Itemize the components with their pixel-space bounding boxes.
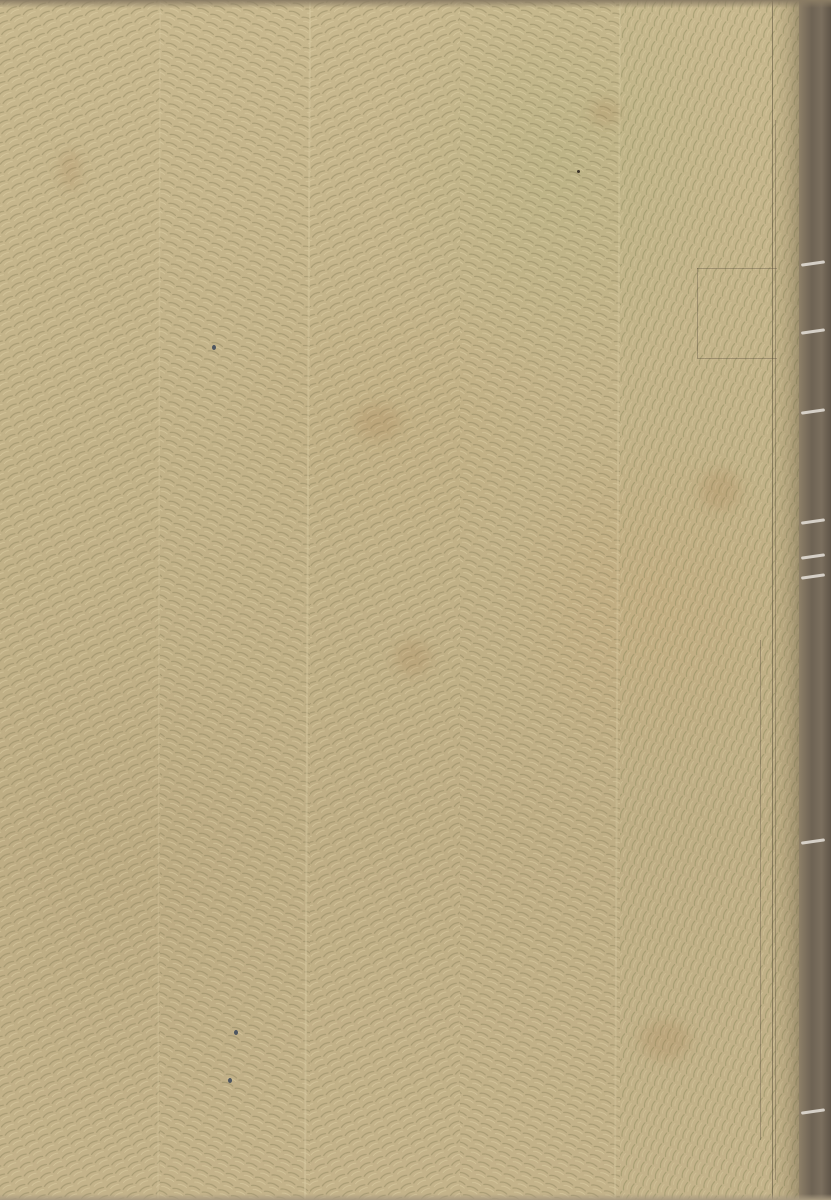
ink-speck xyxy=(234,1030,238,1035)
stain xyxy=(700,470,740,510)
ink-speck xyxy=(228,1078,232,1083)
bottom-edge-wear xyxy=(0,1194,831,1200)
stain xyxy=(590,100,620,125)
frayed-cloth xyxy=(801,518,825,524)
book-cover xyxy=(0,0,831,1200)
stain xyxy=(640,1020,690,1060)
feather-texture-pattern xyxy=(0,0,800,1200)
cover-turn-in xyxy=(772,0,799,1200)
pencil-line xyxy=(697,268,777,269)
frayed-cloth xyxy=(801,260,825,266)
stain xyxy=(60,150,80,190)
pencil-line xyxy=(697,268,698,358)
frayed-cloth xyxy=(801,838,825,844)
pencil-line xyxy=(697,358,777,359)
frayed-cloth xyxy=(801,553,825,559)
stain xyxy=(355,405,400,440)
frayed-cloth xyxy=(801,1108,825,1114)
ink-speck xyxy=(212,345,216,350)
frayed-cloth xyxy=(801,408,825,414)
frayed-cloth xyxy=(801,328,825,334)
stain xyxy=(395,640,430,675)
frayed-cloth xyxy=(801,573,825,579)
pencil-line xyxy=(760,640,761,1140)
ink-speck xyxy=(577,170,580,173)
book-spine-edge xyxy=(799,0,831,1200)
top-edge-wear xyxy=(0,0,831,8)
